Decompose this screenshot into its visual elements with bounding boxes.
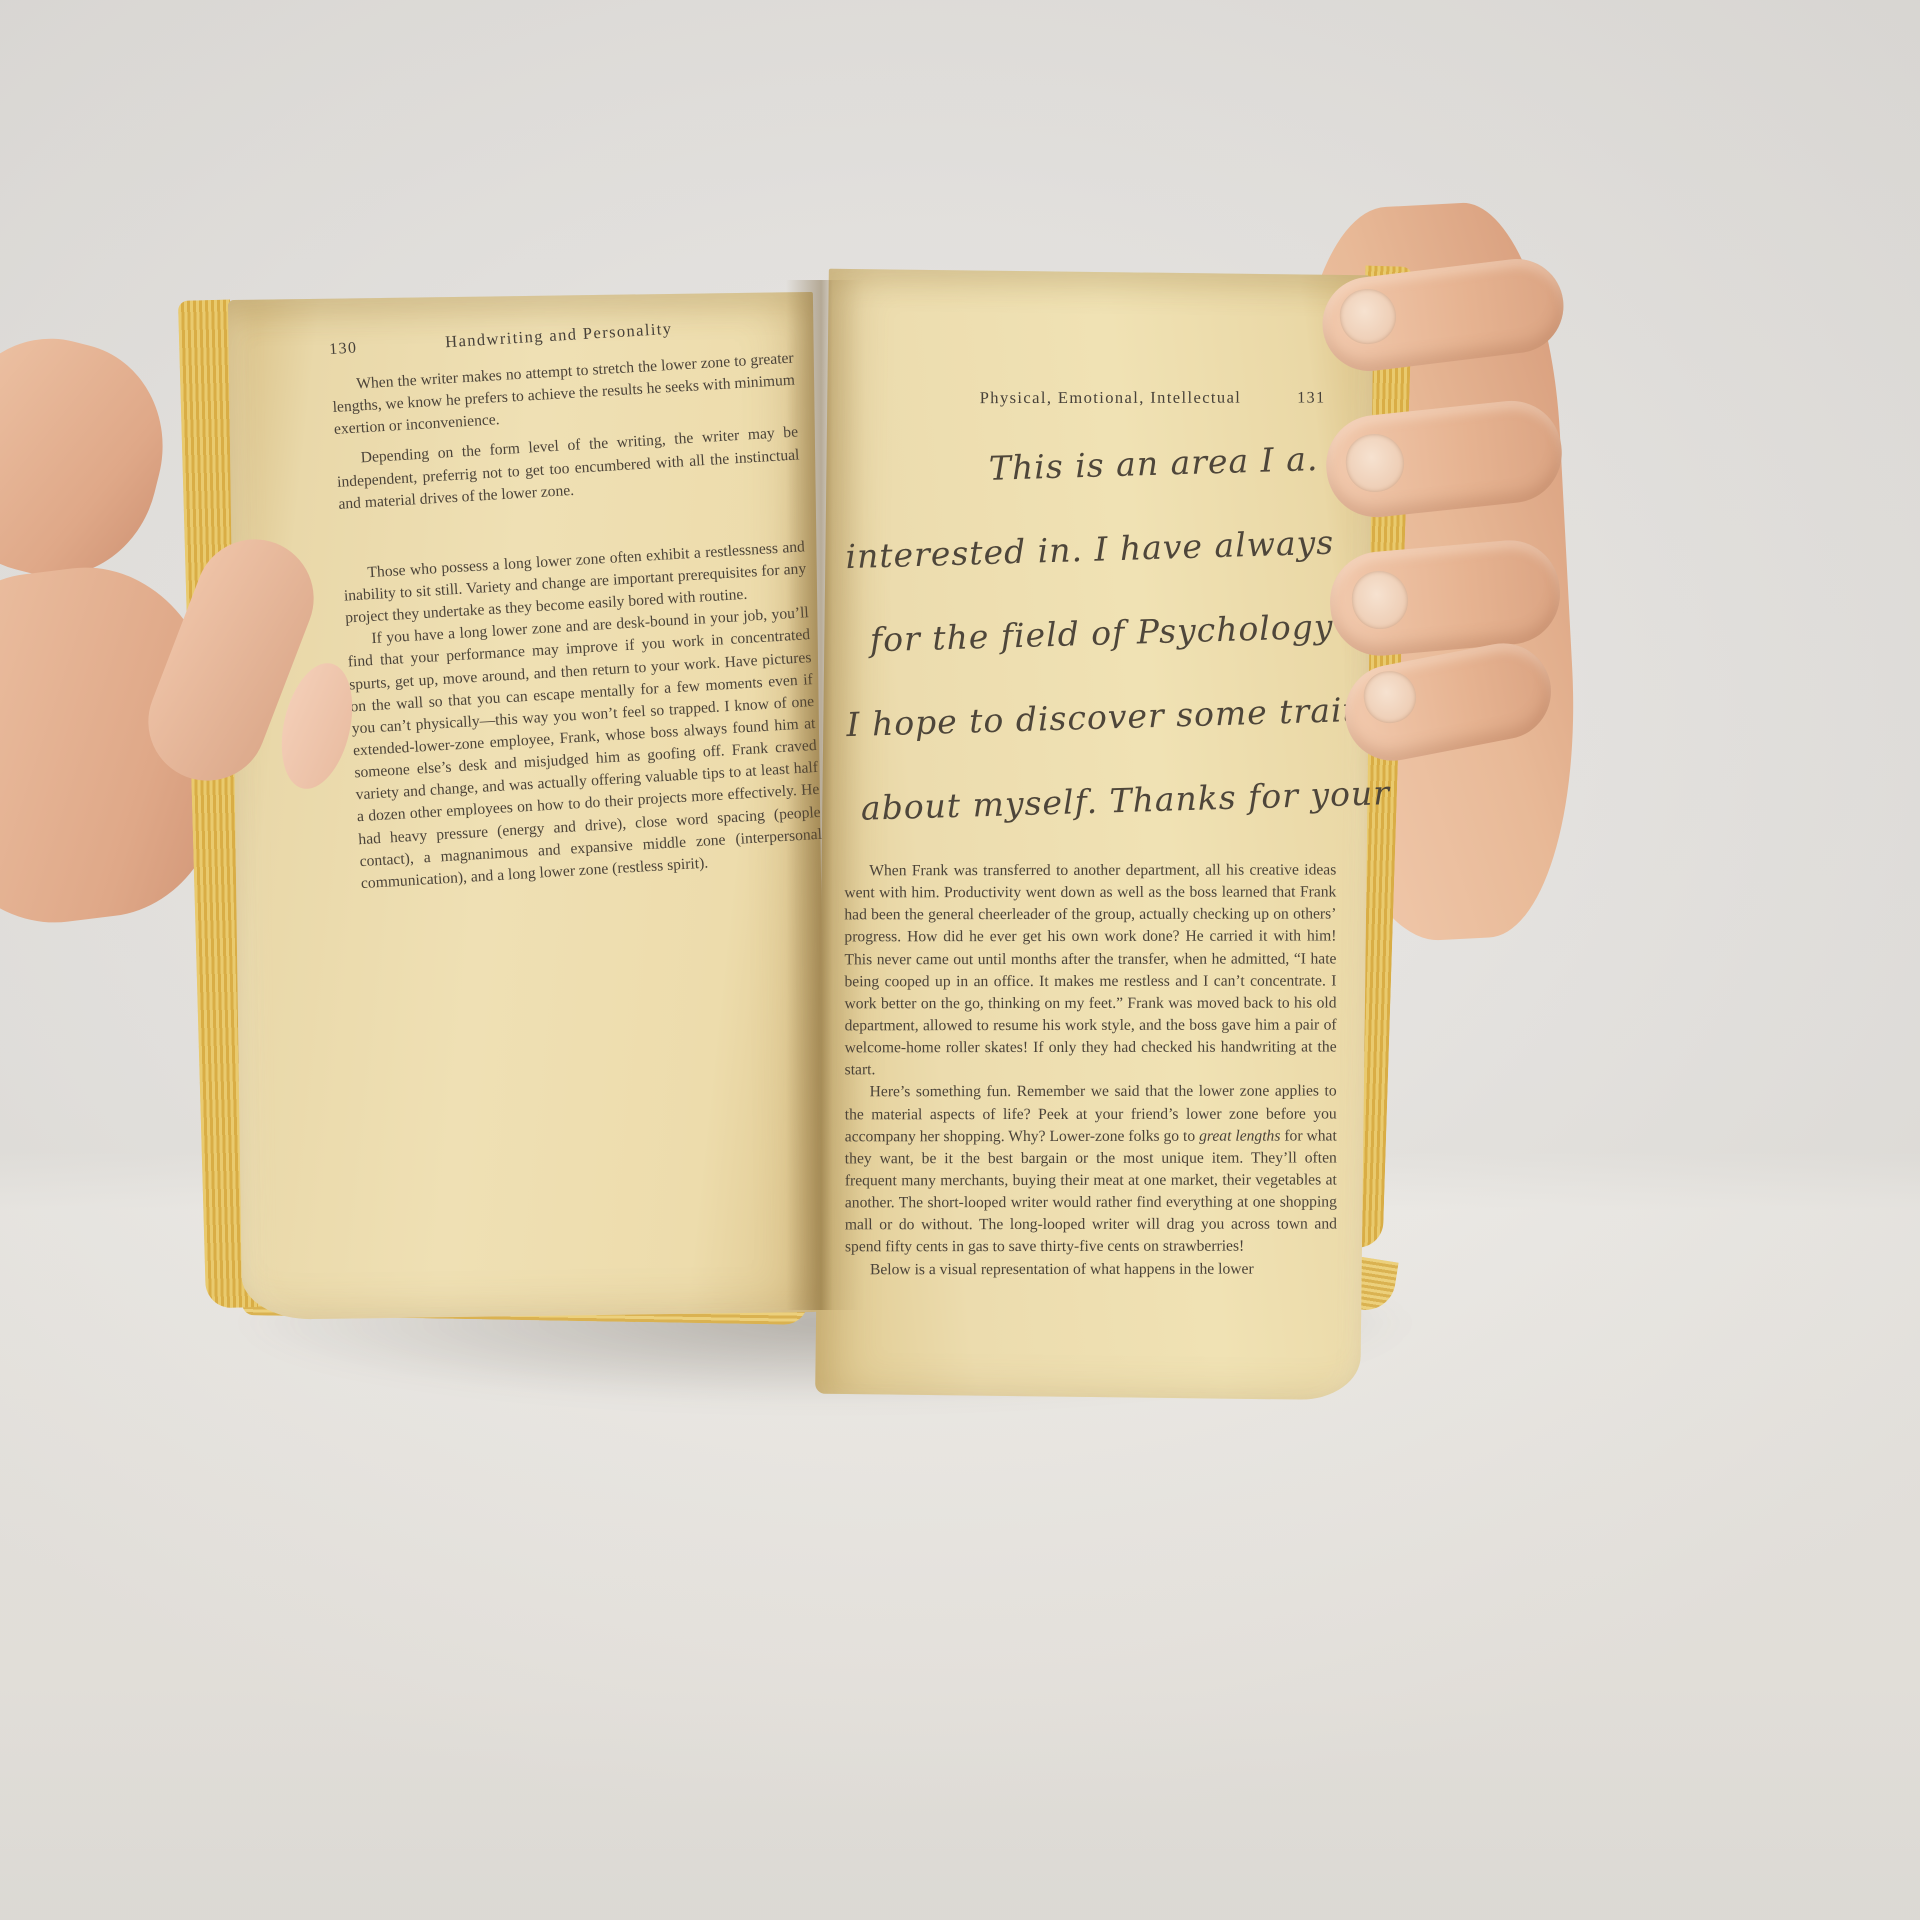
handwriting-line: interested in. I have always [840, 501, 1334, 600]
left-running-head: Handwriting and Personality [445, 319, 673, 352]
book-gutter-shadow [786, 280, 864, 1310]
photo-scene: 130 Handwriting and Personality When the… [0, 0, 1920, 1920]
handwriting-line: This is an area I a. [838, 417, 1332, 516]
right-page: Physical, Emotional, Intellectual 131 Th… [815, 269, 1374, 1401]
handwriting-sample: This is an area I a. interested in. I ha… [838, 417, 1342, 851]
right-page-header: Physical, Emotional, Intellectual 131 [843, 387, 1335, 408]
paragraph: Below is a visual representation of what… [845, 1258, 1337, 1281]
handwriting-line: for the field of Psychology & rela [843, 585, 1337, 684]
left-page: 130 Handwriting and Personality When the… [228, 292, 827, 1320]
italic-phrase: great lengths [1199, 1127, 1280, 1144]
paragraph: When Frank was transferred to another de… [844, 859, 1336, 1081]
paragraph-segment: for what they want, be it the best barga… [845, 1127, 1337, 1256]
handwriting-line: about myself. Thanks for your [848, 753, 1342, 852]
right-page-number: 131 [1297, 389, 1325, 407]
right-running-head: Physical, Emotional, Intellectual [980, 388, 1242, 408]
paragraph: If you have a long lower zone and are de… [346, 602, 824, 895]
left-page-number: 130 [329, 339, 358, 359]
handwriting-line: I hope to discover some traits [845, 669, 1339, 768]
paragraph: Here’s something fun. Remember we said t… [845, 1081, 1337, 1259]
